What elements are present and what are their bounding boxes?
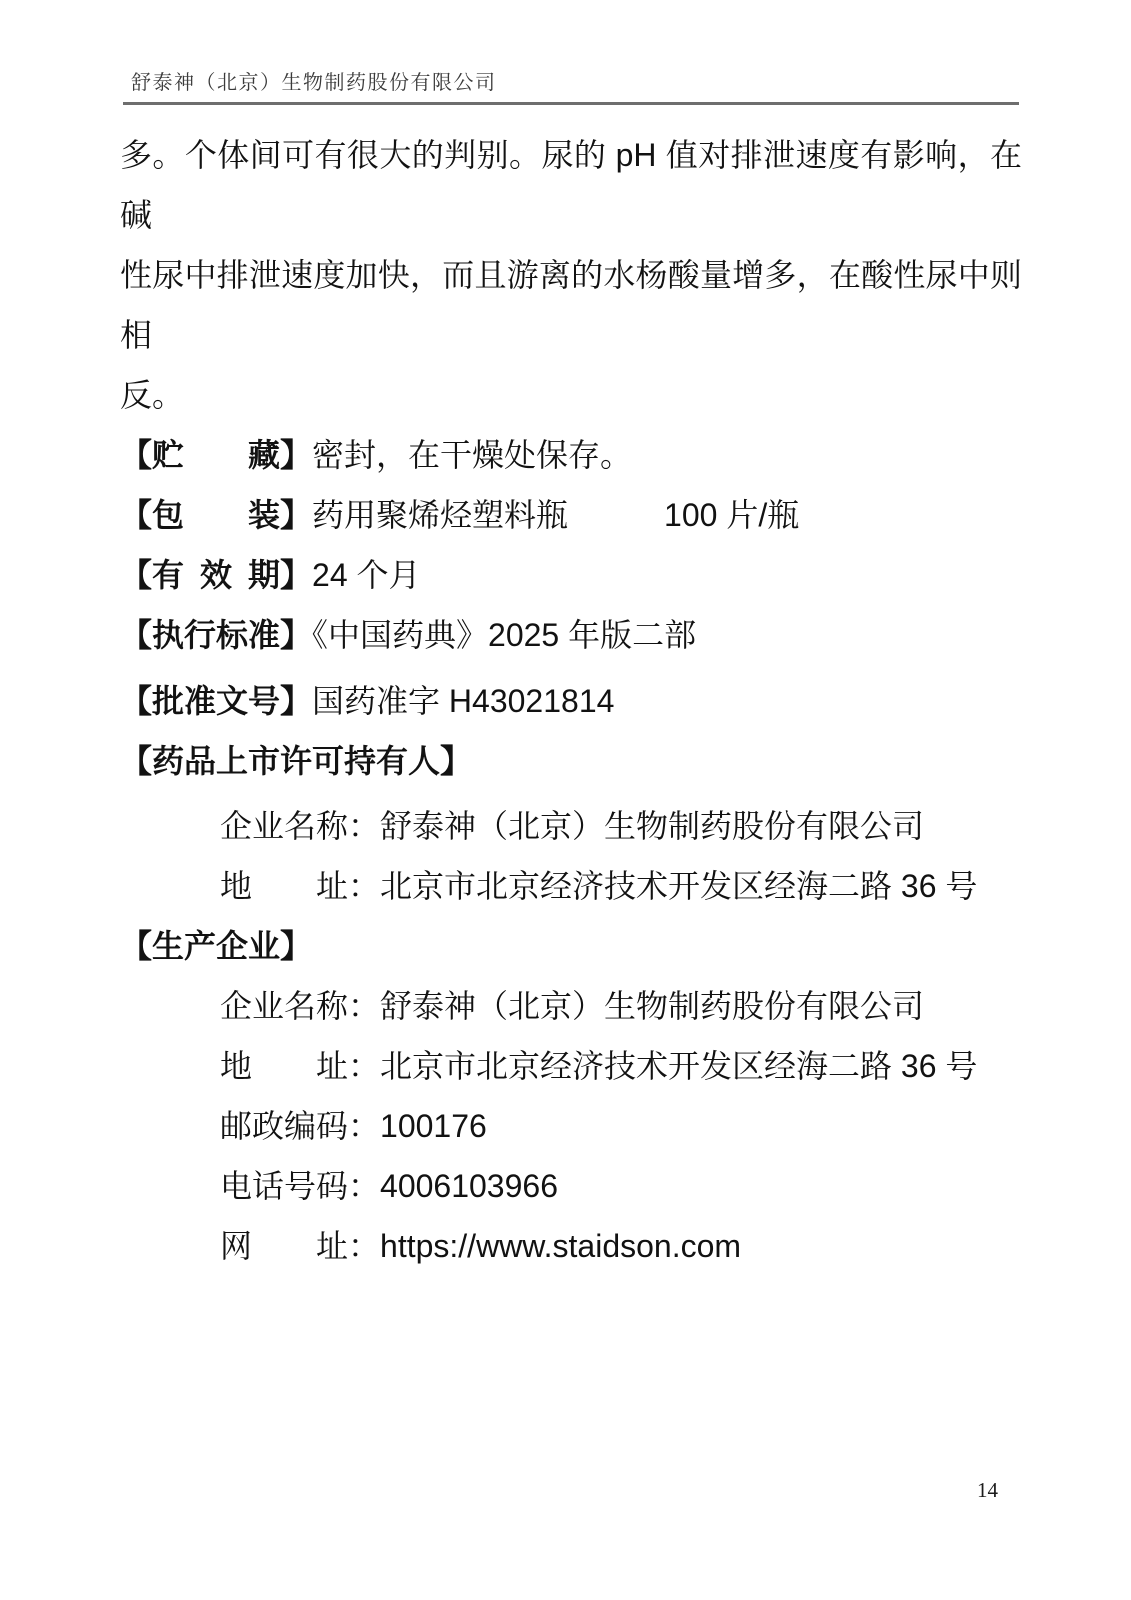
mah-address-row: 地 址：北京市北京经济技术开发区经海二路 36 号 <box>120 856 1022 916</box>
manufacturer-company-label: 企业名称 <box>220 976 348 1036</box>
colon: ： <box>348 1048 380 1084</box>
manufacturer-company-value: 舒泰神（北京）生物制药股份有限公司 <box>380 988 924 1024</box>
bracket-open: 【 <box>120 683 152 719</box>
packaging-label-text: 包 装 <box>152 485 280 545</box>
page-header: 舒泰神（北京）生物制药股份有限公司 <box>123 72 1019 105</box>
mah-company-value: 舒泰神（北京）生物制药股份有限公司 <box>380 808 924 844</box>
packaging-value: 药用聚烯烃塑料瓶 100 片/瓶 <box>312 497 799 533</box>
document-page: 舒泰神（北京）生物制药股份有限公司 多。个体间可有很大的判别。尿的 pH 值对排… <box>0 0 1131 1600</box>
standard-label: 【执行标准】 <box>120 617 312 653</box>
body-paragraph: 多。个体间可有很大的判别。尿的 pH 值对排泄速度有影响，在碱 性尿中排泄速度加… <box>120 125 1022 425</box>
manufacturer-section-header: 【生产企业】 <box>120 916 1022 976</box>
approval-row: 【批准文号】国药准字 H43021814 <box>120 671 1022 731</box>
mah-title-text: 药品上市许可持有人 <box>152 743 440 779</box>
bracket-close: 】 <box>280 557 312 593</box>
postcode-row: 邮政编码：100176 <box>120 1096 1022 1156</box>
bracket-open: 【 <box>120 617 152 653</box>
mah-section-title: 【药品上市许可持有人】 <box>120 743 472 779</box>
mah-section-header: 【药品上市许可持有人】 <box>120 731 1022 791</box>
validity-row: 【有 效 期】24 个月 <box>120 545 1022 605</box>
page-number: 14 <box>977 1478 998 1503</box>
mah-address-value: 北京市北京经济技术开发区经海二路 36 号 <box>380 868 977 904</box>
colon: ： <box>348 808 380 844</box>
website-row: 网 址：https://www.staidson.com <box>120 1216 1022 1276</box>
bracket-open: 【 <box>120 928 152 964</box>
bracket-open: 【 <box>120 497 152 533</box>
document-body: 多。个体间可有很大的判别。尿的 pH 值对排泄速度有影响，在碱 性尿中排泄速度加… <box>120 125 1022 1276</box>
postcode-label: 邮政编码 <box>220 1096 348 1156</box>
colon: ： <box>348 988 380 1024</box>
packaging-label: 【包 装】 <box>120 497 312 533</box>
storage-value: 密封，在干燥处保存。 <box>312 437 632 473</box>
postcode-value: 100176 <box>380 1108 487 1144</box>
manufacturer-section-title: 【生产企业】 <box>120 928 312 964</box>
approval-label: 【批准文号】 <box>120 683 312 719</box>
mah-address-label: 地 址 <box>220 856 348 916</box>
bracket-close: 】 <box>280 617 312 653</box>
bracket-open: 【 <box>120 437 152 473</box>
mah-company-row: 企业名称：舒泰神（北京）生物制药股份有限公司 <box>120 796 1022 856</box>
phone-row: 电话号码：4006103966 <box>120 1156 1022 1216</box>
bracket-close: 】 <box>280 497 312 533</box>
validity-label-text: 有 效 期 <box>152 545 280 605</box>
paragraph-line-3: 反。 <box>120 365 1022 425</box>
bracket-close: 】 <box>280 928 312 964</box>
storage-label: 【贮 藏】 <box>120 437 312 473</box>
approval-label-text: 批准文号 <box>152 671 280 731</box>
bracket-open: 【 <box>120 557 152 593</box>
manufacturer-address-label: 地 址 <box>220 1036 348 1096</box>
phone-label: 电话号码 <box>220 1156 348 1216</box>
standard-value: 《中国药典》2025 年版二部 <box>312 617 696 653</box>
packaging-row: 【包 装】药用聚烯烃塑料瓶 100 片/瓶 <box>120 485 1022 545</box>
mah-company-label: 企业名称 <box>220 796 348 856</box>
phone-value: 4006103966 <box>380 1168 558 1204</box>
storage-label-text: 贮 藏 <box>152 425 280 485</box>
bracket-open: 【 <box>120 743 152 779</box>
standard-row: 【执行标准】《中国药典》2025 年版二部 <box>120 605 1022 665</box>
approval-value: 国药准字 H43021814 <box>312 683 614 719</box>
colon: ： <box>348 868 380 904</box>
manufacturer-title-text: 生产企业 <box>152 928 280 964</box>
manufacturer-address-row: 地 址：北京市北京经济技术开发区经海二路 36 号 <box>120 1036 1022 1096</box>
storage-row: 【贮 藏】密封，在干燥处保存。 <box>120 425 1022 485</box>
validity-label: 【有 效 期】 <box>120 557 312 593</box>
paragraph-line-1: 多。个体间可有很大的判别。尿的 pH 值对排泄速度有影响，在碱 <box>120 125 1022 245</box>
bracket-close: 】 <box>280 683 312 719</box>
standard-label-text: 执行标准 <box>152 605 280 665</box>
paragraph-line-2: 性尿中排泄速度加快，而且游离的水杨酸量增多，在酸性尿中则相 <box>120 245 1022 365</box>
website-value: https://www.staidson.com <box>380 1228 741 1264</box>
header-company-name: 舒泰神（北京）生物制药股份有限公司 <box>123 72 1019 94</box>
colon: ： <box>348 1228 380 1264</box>
manufacturer-company-row: 企业名称：舒泰神（北京）生物制药股份有限公司 <box>120 976 1022 1036</box>
colon: ： <box>348 1108 380 1144</box>
bracket-close: 】 <box>440 743 472 779</box>
manufacturer-address-value: 北京市北京经济技术开发区经海二路 36 号 <box>380 1048 977 1084</box>
colon: ： <box>348 1168 380 1204</box>
website-label: 网 址 <box>220 1216 348 1276</box>
bracket-close: 】 <box>280 437 312 473</box>
validity-value: 24 个月 <box>312 557 421 593</box>
